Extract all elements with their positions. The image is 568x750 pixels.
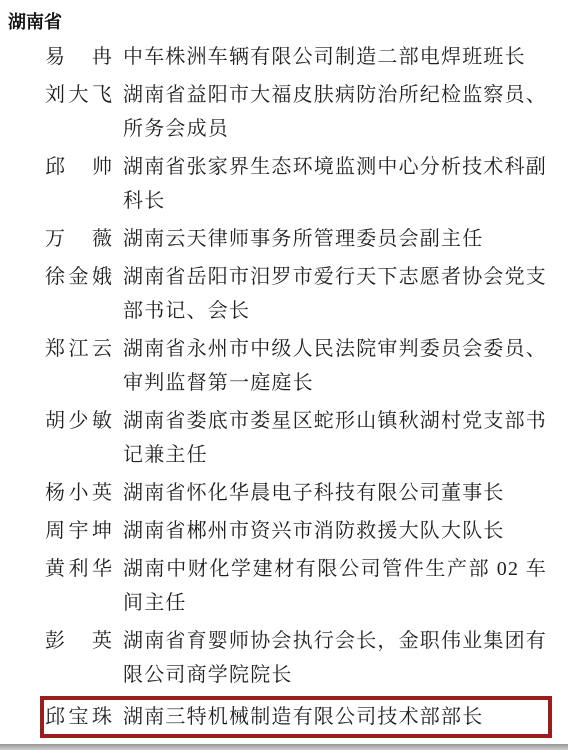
honoree-name: 周宇坤 — [45, 514, 112, 548]
honoree-name: 胡少敏 — [45, 404, 112, 438]
honoree-title: 湖南省岳阳市汨罗市爱行天下志愿者协会党支部书记、会长 — [123, 260, 547, 328]
honoree-title: 湖南中财化学建材有限公司管件生产部 02 车间主任 — [123, 552, 547, 620]
honoree-title: 湖南省张家界生态环境监测中心分析技术科副科长 — [123, 150, 547, 218]
honoree-row: 彭英 湖南省育婴师协会执行会长，金职伟业集团有限公司商学院院长 — [45, 624, 568, 692]
honoree-name: 徐金娥 — [45, 260, 112, 294]
province-header: 湖南省 — [0, 0, 568, 34]
entry-list: 易冉 中车株洲车辆有限公司制造二部电焊班班长 刘大飞 湖南省益阳市大福皮肤病防治… — [0, 40, 568, 738]
honoree-title: 湖南省娄底市娄星区蛇形山镇秋湖村党支部书记兼主任 — [123, 404, 547, 472]
honoree-name: 邱宝珠 — [45, 700, 112, 734]
honoree-name: 杨小英 — [45, 476, 112, 510]
honoree-row: 徐金娥 湖南省岳阳市汨罗市爱行天下志愿者协会党支部书记、会长 — [45, 260, 568, 328]
document-page: 湖南省 易冉 中车株洲车辆有限公司制造二部电焊班班长 刘大飞 湖南省益阳市大福皮… — [0, 0, 568, 750]
honoree-title: 中车株洲车辆有限公司制造二部电焊班班长 — [123, 40, 547, 74]
honoree-row: 黄利华 湖南中财化学建材有限公司管件生产部 02 车间主任 — [45, 552, 568, 620]
honoree-row: 郑江云 湖南省永州市中级人民法院审判委员会委员、审判监督第一庭庭长 — [45, 332, 568, 400]
honoree-title: 湖南省怀化华晨电子科技有限公司董事长 — [123, 476, 547, 510]
honoree-name: 易冉 — [45, 40, 112, 74]
honoree-title: 湖南云天律师事务所管理委员会副主任 — [123, 222, 547, 256]
honoree-row: 周宇坤 湖南省郴州市资兴市消防救援大队大队长 — [45, 514, 568, 548]
page-edge-shadow — [0, 744, 568, 750]
honoree-title: 湖南省益阳市大福皮肤病防治所纪检监察员、所务会成员 — [123, 78, 547, 146]
honoree-title: 湖南三特机械制造有限公司技术部部长 — [123, 700, 543, 734]
honoree-row: 易冉 中车株洲车辆有限公司制造二部电焊班班长 — [45, 40, 568, 74]
honoree-title: 湖南省育婴师协会执行会长，金职伟业集团有限公司商学院院长 — [123, 624, 547, 692]
honoree-name: 万薇 — [45, 222, 112, 256]
honoree-title: 湖南省永州市中级人民法院审判委员会委员、审判监督第一庭庭长 — [123, 332, 547, 400]
honoree-row-highlighted: 邱宝珠 湖南三特机械制造有限公司技术部部长 — [40, 696, 552, 738]
honoree-title: 湖南省郴州市资兴市消防救援大队大队长 — [123, 514, 547, 548]
honoree-row: 杨小英 湖南省怀化华晨电子科技有限公司董事长 — [45, 476, 568, 510]
honoree-name: 邱帅 — [45, 150, 112, 184]
honoree-name: 刘大飞 — [45, 78, 112, 112]
honoree-row: 刘大飞 湖南省益阳市大福皮肤病防治所纪检监察员、所务会成员 — [45, 78, 568, 146]
honoree-row: 万薇 湖南云天律师事务所管理委员会副主任 — [45, 222, 568, 256]
honoree-row: 邱帅 湖南省张家界生态环境监测中心分析技术科副科长 — [45, 150, 568, 218]
honoree-name: 彭英 — [45, 624, 112, 658]
honoree-name: 郑江云 — [45, 332, 112, 366]
honoree-row: 胡少敏 湖南省娄底市娄星区蛇形山镇秋湖村党支部书记兼主任 — [45, 404, 568, 472]
honoree-name: 黄利华 — [45, 552, 112, 586]
